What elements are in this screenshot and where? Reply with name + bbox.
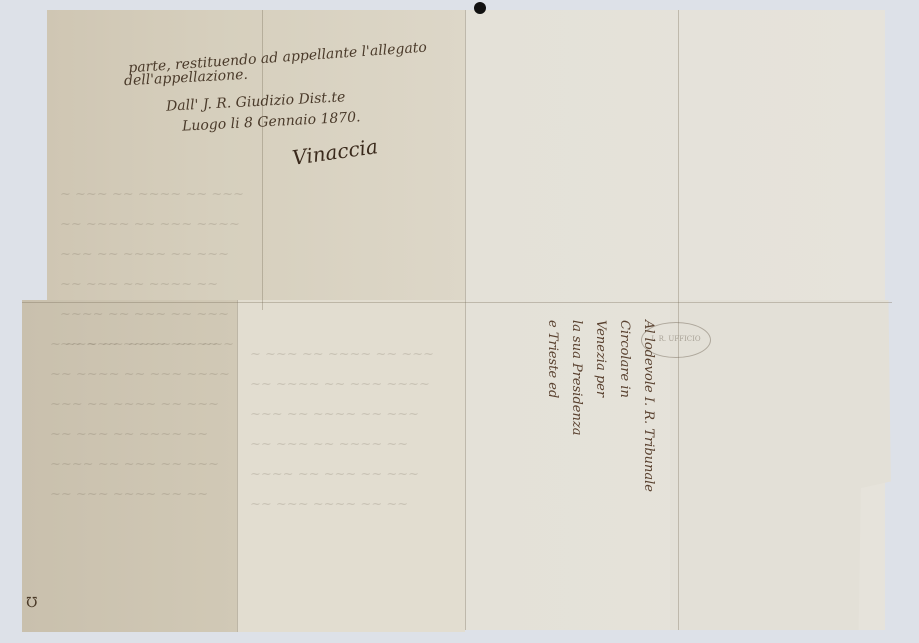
corner-mark: ℧ [26,595,38,611]
punch-hole [474,2,486,14]
bleed-through-text: ~ ~~~ ~~ ~~~~ ~~ ~~~ ~~ ~~~~ ~~ ~~~ ~~~~… [250,340,434,520]
address-block: e Trieste ed la sua Presidenza Venezia p… [545,320,695,610]
fold-line [465,10,466,630]
address-line: Circolare in [617,320,632,398]
postal-stamp: I. R. UFFICIO [641,322,711,358]
address-line: e Trieste ed [545,320,560,398]
address-line: Venezia per [593,320,608,397]
bleed-through-text: ~ ~~~ ~~ ~~~~ ~~ ~~~ ~~ ~~~~ ~~ ~~~ ~~~~… [50,330,234,510]
letter-photo: ~ ~~~ ~~ ~~~~ ~~ ~~~ ~~ ~~~~ ~~ ~~~ ~~~~… [0,0,919,643]
address-line: la sua Presidenza [569,320,584,435]
